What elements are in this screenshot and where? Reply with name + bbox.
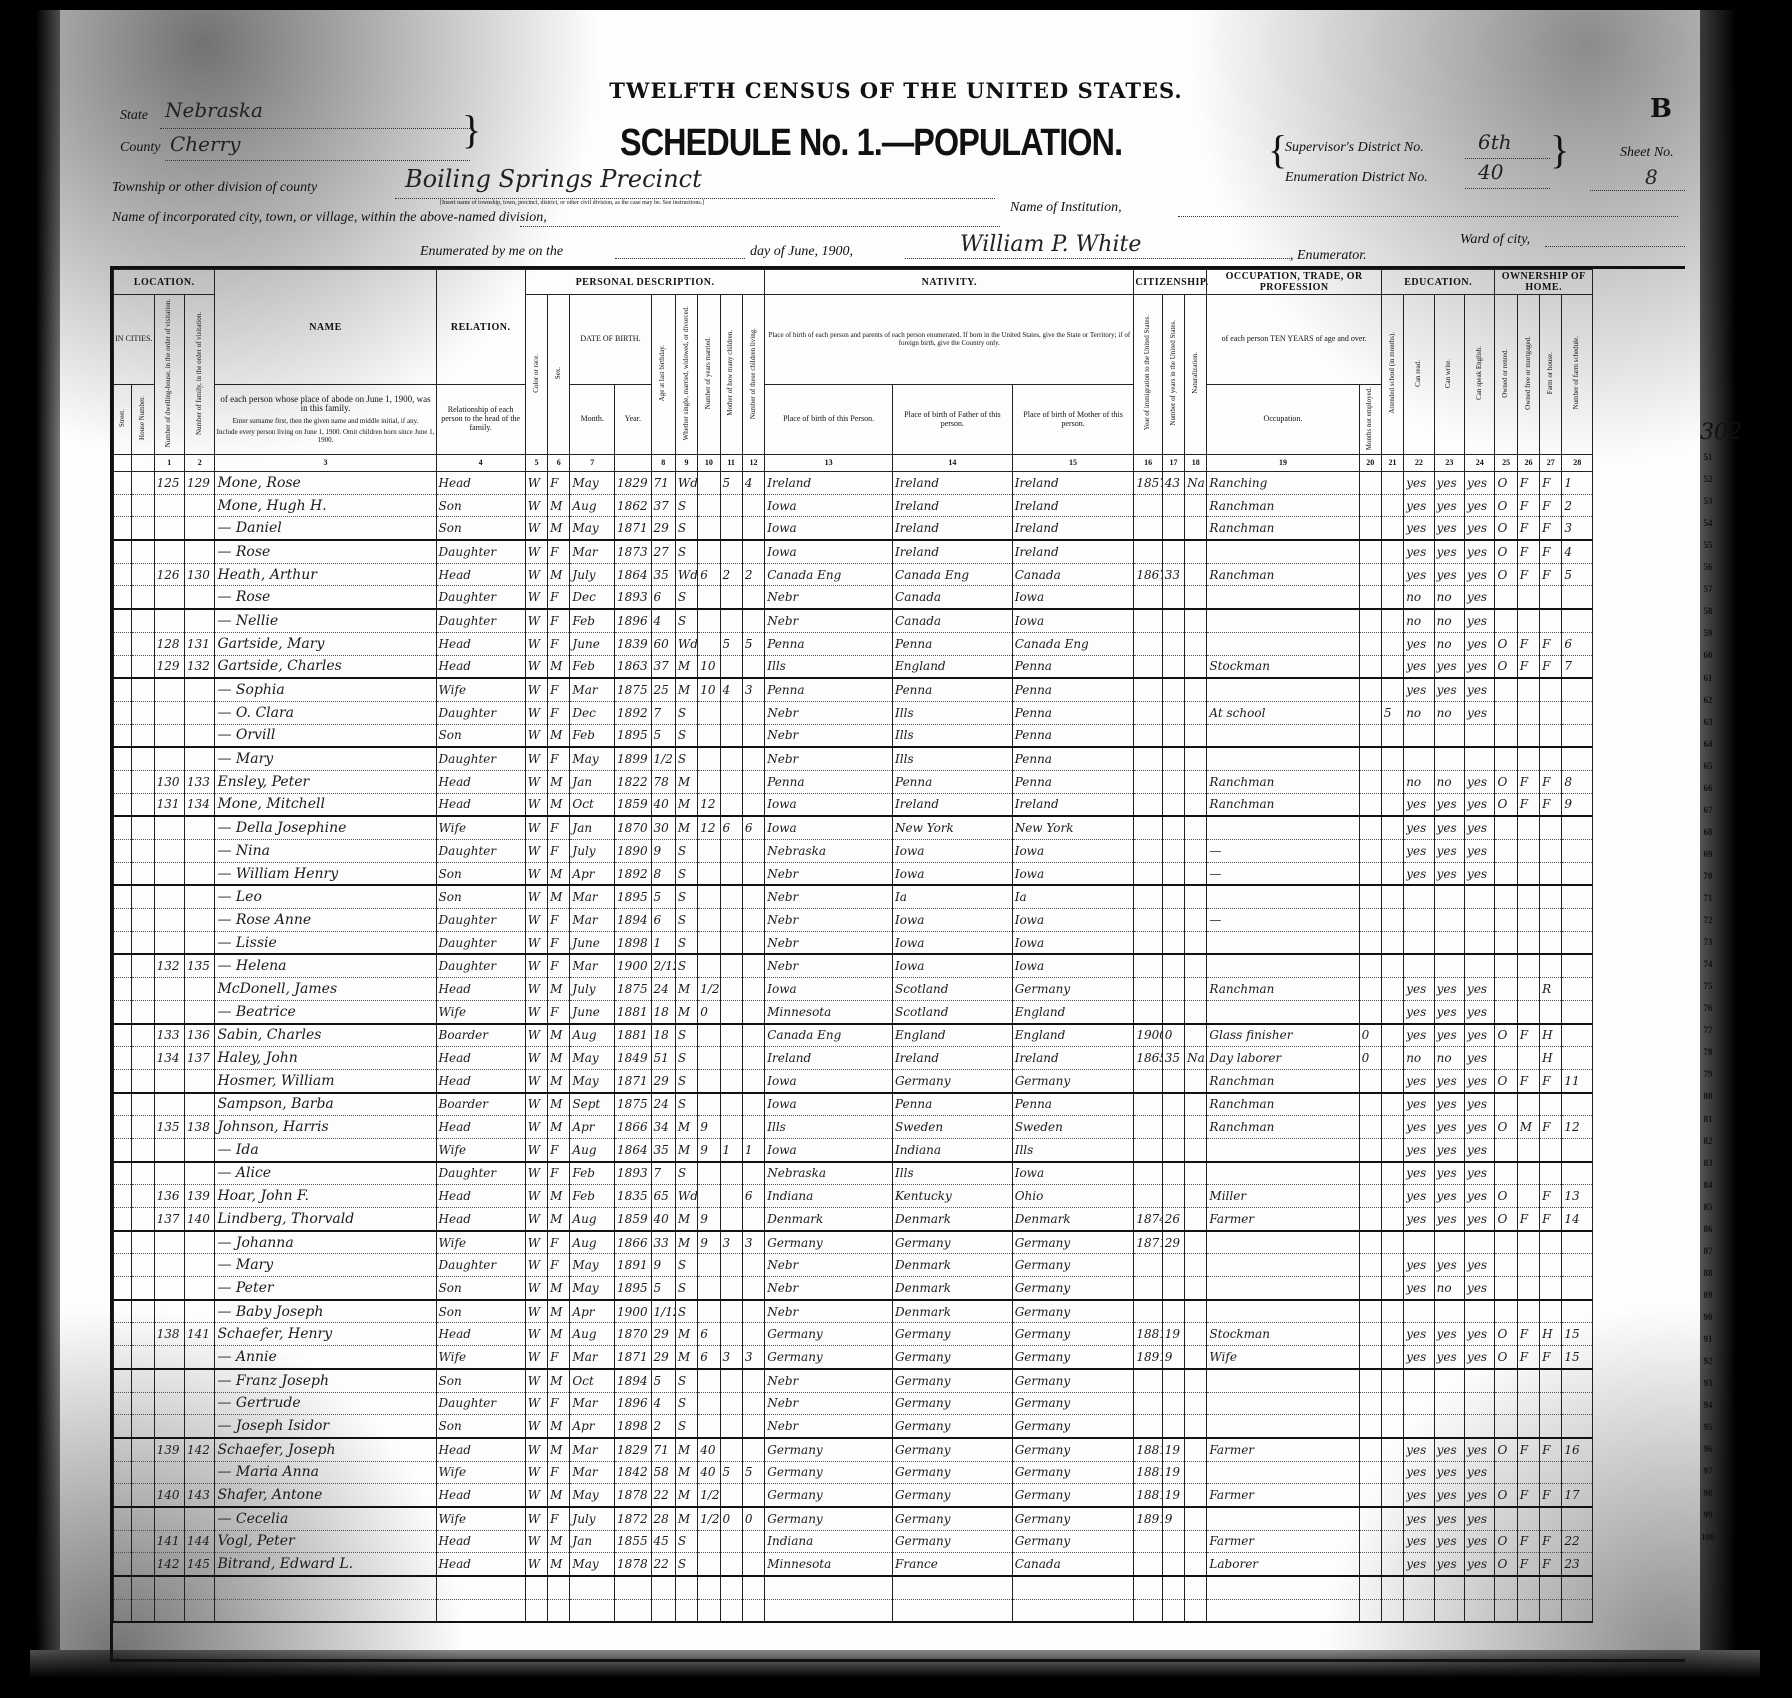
cell-can-write: yes <box>1434 978 1464 1001</box>
cell-farm-schedule <box>1562 1576 1593 1599</box>
cell-color: W <box>525 1093 547 1116</box>
cell-dwelling-number: 126 <box>154 563 184 586</box>
cell-sex: M <box>548 1069 570 1092</box>
cell-birthplace: Nebr <box>765 609 893 632</box>
cell-family-number: 140 <box>184 1208 214 1231</box>
cell-immigration-year <box>1134 540 1162 563</box>
cell-family-number <box>184 1392 214 1415</box>
cell-birth-year: 1896 <box>615 1392 652 1415</box>
cell-farm-schedule <box>1562 1162 1593 1185</box>
schedule-title: SCHEDULE No. 1.—POPULATION. <box>620 122 1122 165</box>
cell-father-birthplace: Indiana <box>893 1138 1013 1161</box>
cell-sex: M <box>548 724 570 747</box>
cell-years-in-us <box>1162 1369 1184 1392</box>
cell-birthplace: Nebr <box>765 862 893 885</box>
cell-owned-rented <box>1495 1576 1517 1599</box>
cell-mother-of <box>720 609 742 632</box>
cell-birthplace: Nebr <box>765 909 893 932</box>
cell-mother-of <box>720 586 742 609</box>
cell-can-read: yes <box>1404 632 1434 655</box>
cell-can-read: yes <box>1404 978 1434 1001</box>
cell-months-unemployed <box>1359 931 1381 954</box>
cell-mother-birthplace: Germany <box>1012 1254 1134 1277</box>
table-row: 142145Bitrand, Edward L.HeadWMMay187822S… <box>114 1553 1593 1576</box>
column-number: 5 <box>525 455 547 472</box>
cell-birth-year: 1864 <box>615 1138 652 1161</box>
cell-birth-year: 1871 <box>615 1069 652 1092</box>
cell-occupation <box>1207 1162 1359 1185</box>
cell-street <box>114 1553 132 1576</box>
cell-months-unemployed <box>1359 1553 1381 1576</box>
cell-mother-of: 3 <box>720 1346 742 1369</box>
cell-age: 30 <box>651 816 675 839</box>
cell-mother-birthplace: Iowa <box>1012 909 1134 932</box>
cell-speaks-english: yes <box>1465 1138 1495 1161</box>
cell-age: 4 <box>651 1392 675 1415</box>
supervisor-value: 6th <box>1478 130 1512 154</box>
cell-naturalization <box>1185 885 1207 908</box>
col-year: Year. <box>615 385 652 455</box>
cell-birth-year: 1894 <box>615 909 652 932</box>
column-number: 24 <box>1465 455 1495 472</box>
cell-dwelling-number <box>154 816 184 839</box>
cell-father-birthplace: Ireland <box>893 793 1013 816</box>
cell-birth-year: 1849 <box>615 1047 652 1070</box>
cell-person-name: — Gertrude <box>215 1392 436 1415</box>
cell-person-name: Schaefer, Joseph <box>215 1438 436 1461</box>
cell-years-in-us: 33 <box>1162 563 1184 586</box>
cell-speaks-english: yes <box>1465 563 1495 586</box>
cell-family-number <box>184 1231 214 1254</box>
cell-dwelling-number <box>154 1346 184 1369</box>
cell-children-living <box>742 517 764 540</box>
cell-years-in-us <box>1162 816 1184 839</box>
table-row: — CeceliaWifeWFJuly187228M1/200GermanyGe… <box>114 1507 1593 1530</box>
cell-birth-month: Aug <box>570 1024 615 1047</box>
col-in-cities: IN CITIES. <box>114 295 155 385</box>
cell-house-number <box>132 655 154 678</box>
cell-birth-month: Mar <box>570 540 615 563</box>
cell-owned-rented: O <box>1495 1323 1517 1346</box>
table-row: — LissieDaughterWFJune18981SNebrIowaIowa <box>114 931 1593 954</box>
cell-months-unemployed <box>1359 1208 1381 1231</box>
table-row: 135138Johnson, HarrisHeadWMApr186634M9Il… <box>114 1116 1593 1139</box>
cell-age: 28 <box>651 1507 675 1530</box>
column-number: 14 <box>893 455 1013 472</box>
cell-months-unemployed <box>1359 793 1381 816</box>
cell-person-name: — Leo <box>215 885 436 908</box>
cell-dwelling-number <box>154 1277 184 1300</box>
cell-years-married <box>698 1576 720 1599</box>
state-value: Nebraska <box>165 98 263 122</box>
cell-birth-month: July <box>570 978 615 1001</box>
cell-street <box>114 793 132 816</box>
cell-can-read <box>1404 1300 1434 1323</box>
cell-can-write: yes <box>1434 1024 1464 1047</box>
cell-naturalization <box>1185 1461 1207 1484</box>
cell-birth-month: May <box>570 1047 615 1070</box>
cell-owned-free <box>1517 1000 1539 1023</box>
cell-mother-birthplace: Ireland <box>1012 517 1134 540</box>
cell-naturalization <box>1185 862 1207 885</box>
col-occupation: Occupation. <box>1207 385 1359 455</box>
cell-birth-month: Sept <box>570 1093 615 1116</box>
cell-sex: F <box>548 747 570 770</box>
line-number: 96 <box>1696 1444 1720 1454</box>
line-number: 93 <box>1696 1378 1720 1388</box>
cell-farm-or-house <box>1540 678 1562 701</box>
line-number: 67 <box>1696 805 1720 815</box>
county-value: Cherry <box>170 132 240 156</box>
cell-mother-of: 6 <box>720 816 742 839</box>
cell-children-living <box>742 1438 764 1461</box>
cell-farm-or-house <box>1540 609 1562 632</box>
cell-age <box>651 1576 675 1599</box>
cell-marital-status: Wd <box>675 1185 697 1208</box>
cell-years-married <box>698 862 720 885</box>
cell-years-married: 9 <box>698 1231 720 1254</box>
cell-sex: M <box>548 862 570 885</box>
cell-naturalization <box>1185 724 1207 747</box>
cell-farm-schedule <box>1562 747 1593 770</box>
cell-farm-schedule: 2 <box>1562 494 1593 517</box>
cell-person-name: Gartside, Mary <box>215 632 436 655</box>
cell-marital-status: M <box>675 678 697 701</box>
cell-age: 7 <box>651 701 675 724</box>
cell-immigration-year <box>1134 1415 1162 1438</box>
cell-can-write <box>1434 1369 1464 1392</box>
cell-speaks-english: yes <box>1465 1484 1495 1507</box>
cell-school-months <box>1381 1093 1403 1116</box>
cell-school-months <box>1381 954 1403 977</box>
cell-mother-birthplace: Iowa <box>1012 931 1134 954</box>
cell-birthplace: Nebr <box>765 1254 893 1277</box>
cell-school-months <box>1381 1024 1403 1047</box>
cell-relation: Daughter <box>436 931 525 954</box>
cell-naturalization <box>1185 1116 1207 1139</box>
cell-family-number: 135 <box>184 954 214 977</box>
col-farm-schedule: Number of farm schedule. <box>1562 295 1593 455</box>
cell-house-number <box>132 609 154 632</box>
cell-father-birthplace: Denmark <box>893 1300 1013 1323</box>
cell-can-write: yes <box>1434 1530 1464 1553</box>
cell-age: 33 <box>651 1231 675 1254</box>
cell-school-months <box>1381 517 1403 540</box>
cell-can-write: yes <box>1434 1185 1464 1208</box>
cell-can-read: yes <box>1404 563 1434 586</box>
cell-house-number <box>132 1208 154 1231</box>
cell-children-living <box>742 655 764 678</box>
cell-marital-status: S <box>675 517 697 540</box>
col-months-unemployed: Months not employed. <box>1359 385 1381 455</box>
cell-years-in-us <box>1162 701 1184 724</box>
cell-person-name: — Peter <box>215 1277 436 1300</box>
col-dwelling: Number of dwelling-house, in the order o… <box>154 295 184 455</box>
cell-family-number <box>184 678 214 701</box>
cell-person-name: — Della Josephine <box>215 816 436 839</box>
cell-street <box>114 586 132 609</box>
cell-marital-status: S <box>675 840 697 863</box>
cell-can-read: yes <box>1404 1553 1434 1576</box>
column-number: 25 <box>1495 455 1517 472</box>
cell-naturalization <box>1185 1553 1207 1576</box>
table-row: Sampson, BarbaBoarderWMSept187524SIowaPe… <box>114 1093 1593 1116</box>
cell-immigration-year <box>1134 1277 1162 1300</box>
cell-house-number <box>132 563 154 586</box>
cell-mother-of <box>720 862 742 885</box>
cell-owned-free: F <box>1517 770 1539 793</box>
cell-can-write: yes <box>1434 517 1464 540</box>
cell-birth-year: 1842 <box>615 1461 652 1484</box>
cell-birth-month: Feb <box>570 1185 615 1208</box>
cell-relation <box>436 1599 525 1622</box>
cell-years-married: 1/2 <box>698 1484 720 1507</box>
cell-street <box>114 1000 132 1023</box>
cell-owned-rented: O <box>1495 494 1517 517</box>
cell-owned-rented <box>1495 1138 1517 1161</box>
table-row: — AliceDaughterWFFeb18937SNebraskaIllsIo… <box>114 1162 1593 1185</box>
col-can-speak-english: Can speak English. <box>1465 295 1495 455</box>
cell-speaks-english: yes <box>1465 1553 1495 1576</box>
cell-mother-birthplace: Germany <box>1012 1300 1134 1323</box>
cell-owned-rented <box>1495 1415 1517 1438</box>
cell-speaks-english: yes <box>1465 540 1495 563</box>
sheet-line <box>1590 190 1685 191</box>
cell-years-in-us: 19 <box>1162 1323 1184 1346</box>
cell-farm-or-house <box>1540 1415 1562 1438</box>
cell-relation: Daughter <box>436 1162 525 1185</box>
cell-age: 29 <box>651 517 675 540</box>
cell-occupation: Laborer <box>1207 1553 1359 1576</box>
col-naturalization: Naturalization. <box>1185 295 1207 455</box>
cell-immigration-year: 1871 <box>1134 1231 1162 1254</box>
cell-sex: M <box>548 1185 570 1208</box>
cell-color: W <box>525 540 547 563</box>
cell-marital-status: M <box>675 655 697 678</box>
cell-occupation <box>1207 747 1359 770</box>
cell-birth-year: 1893 <box>615 586 652 609</box>
cell-mother-birthplace: Iowa <box>1012 840 1134 863</box>
cell-color: W <box>525 909 547 932</box>
cell-years-in-us: 9 <box>1162 1507 1184 1530</box>
cell-years-married <box>698 931 720 954</box>
cell-house-number <box>132 678 154 701</box>
cell-sex <box>548 1576 570 1599</box>
cell-children-living: 5 <box>742 632 764 655</box>
table-row: — JohannaWifeWFAug186633M933GermanyGerma… <box>114 1231 1593 1254</box>
cell-relation: Daughter <box>436 840 525 863</box>
cell-years-in-us <box>1162 1254 1184 1277</box>
cell-children-living <box>742 1576 764 1599</box>
cell-farm-or-house: F <box>1540 1530 1562 1553</box>
cell-birth-year: 1822 <box>615 770 652 793</box>
cell-birth-month: Apr <box>570 1300 615 1323</box>
cell-dwelling-number <box>154 885 184 908</box>
cell-school-months <box>1381 770 1403 793</box>
cell-farm-schedule <box>1562 862 1593 885</box>
cell-naturalization <box>1185 1415 1207 1438</box>
cell-sex: F <box>548 1254 570 1277</box>
cell-father-birthplace: Iowa <box>893 862 1013 885</box>
cell-relation: Head <box>436 472 525 495</box>
cell-immigration-year: 1881 <box>1134 1484 1162 1507</box>
cell-occupation <box>1207 885 1359 908</box>
cell-birthplace: Nebr <box>765 1300 893 1323</box>
cell-speaks-english <box>1465 747 1495 770</box>
cell-age: 5 <box>651 1369 675 1392</box>
cell-relation: Daughter <box>436 1254 525 1277</box>
cell-school-months <box>1381 1346 1403 1369</box>
cell-can-read: yes <box>1404 1346 1434 1369</box>
cell-house-number <box>132 1254 154 1277</box>
cell-color: W <box>525 1346 547 1369</box>
table-row: — MaryDaughterWFMay18919SNebrDenmarkGerm… <box>114 1254 1593 1277</box>
cell-color: W <box>525 472 547 495</box>
col-group-ownership: OWNERSHIP OF HOME. <box>1495 270 1593 295</box>
cell-children-living <box>742 1530 764 1553</box>
cell-house-number <box>132 472 154 495</box>
cell-school-months <box>1381 1231 1403 1254</box>
cell-color: W <box>525 1323 547 1346</box>
cell-birth-year: 1894 <box>615 1369 652 1392</box>
cell-years-in-us <box>1162 1300 1184 1323</box>
cell-birth-year: 1859 <box>615 793 652 816</box>
cell-immigration-year <box>1134 1116 1162 1139</box>
cell-can-read: yes <box>1404 1323 1434 1346</box>
cell-relation: Head <box>436 1185 525 1208</box>
cell-marital-status: S <box>675 1162 697 1185</box>
cell-occupation: Ranchman <box>1207 978 1359 1001</box>
cell-years-in-us <box>1162 1069 1184 1092</box>
cell-school-months <box>1381 1576 1403 1599</box>
cell-birthplace: Denmark <box>765 1208 893 1231</box>
cell-age: 29 <box>651 1346 675 1369</box>
cell-can-read <box>1404 747 1434 770</box>
cell-mother-birthplace: Ia <box>1012 885 1134 908</box>
institution-line <box>1178 216 1678 217</box>
cell-birth-year: 1873 <box>615 540 652 563</box>
cell-months-unemployed <box>1359 1369 1381 1392</box>
cell-birth-year: 1878 <box>615 1553 652 1576</box>
cell-occupation: Stockman <box>1207 655 1359 678</box>
cell-family-number <box>184 1576 214 1599</box>
line-number: 57 <box>1696 584 1720 594</box>
cell-months-unemployed <box>1359 655 1381 678</box>
cell-years-in-us <box>1162 678 1184 701</box>
cell-naturalization <box>1185 1208 1207 1231</box>
cell-dwelling-number <box>154 586 184 609</box>
cell-can-write: yes <box>1434 1323 1464 1346</box>
cell-years-in-us: 9 <box>1162 1346 1184 1369</box>
cell-owned-rented: O <box>1495 655 1517 678</box>
table-row: — BeatriceWifeWFJune188118M0MinnesotaSco… <box>114 1000 1593 1023</box>
cell-birthplace: Germany <box>765 1438 893 1461</box>
cell-immigration-year <box>1134 747 1162 770</box>
cell-family-number <box>184 1138 214 1161</box>
cell-street <box>114 701 132 724</box>
cell-years-married: 12 <box>698 793 720 816</box>
cell-marital-status: Wd <box>675 472 697 495</box>
cell-can-read: no <box>1404 770 1434 793</box>
cell-school-months <box>1381 1369 1403 1392</box>
cell-mother-birthplace: England <box>1012 1024 1134 1047</box>
enumerator-line <box>905 258 1290 259</box>
cell-naturalization <box>1185 609 1207 632</box>
cell-house-number <box>132 1530 154 1553</box>
cell-can-read <box>1404 1231 1434 1254</box>
cell-birth-year: 1893 <box>615 1162 652 1185</box>
cell-birth-month: May <box>570 1553 615 1576</box>
cell-occupation: Ranchman <box>1207 563 1359 586</box>
col-group-personal: PERSONAL DESCRIPTION. <box>525 270 764 295</box>
cell-children-living: 6 <box>742 816 764 839</box>
cell-birth-year: 1875 <box>615 678 652 701</box>
cell-speaks-english: yes <box>1465 1438 1495 1461</box>
table-row: 131134Mone, MitchellHeadWMOct185940M12Io… <box>114 793 1593 816</box>
cell-farm-schedule <box>1562 1461 1593 1484</box>
cell-person-name: Heath, Arthur <box>215 563 436 586</box>
cell-birthplace: Germany <box>765 1507 893 1530</box>
cell-owned-rented <box>1495 862 1517 885</box>
column-number: 10 <box>698 455 720 472</box>
line-number: 80 <box>1696 1091 1720 1101</box>
cell-can-write: yes <box>1434 1116 1464 1139</box>
cell-dwelling-number <box>154 1300 184 1323</box>
cell-street <box>114 632 132 655</box>
cell-birth-year: 1829 <box>615 472 652 495</box>
column-number <box>132 455 154 472</box>
county-line <box>165 160 470 161</box>
cell-farm-or-house: F <box>1540 1438 1562 1461</box>
line-number: 70 <box>1696 871 1720 881</box>
cell-person-name: — Franz Joseph <box>215 1369 436 1392</box>
cell-mother-of <box>720 1599 742 1622</box>
cell-mother-birthplace: Germany <box>1012 1369 1134 1392</box>
table-row: — RoseDaughterWFDec18936SNebrCanadaIowan… <box>114 586 1593 609</box>
cell-months-unemployed <box>1359 517 1381 540</box>
cell-can-read: yes <box>1404 1093 1434 1116</box>
cell-family-number: 137 <box>184 1047 214 1070</box>
cell-mother-of <box>720 1208 742 1231</box>
cell-years-in-us <box>1162 909 1184 932</box>
cell-marital-status: S <box>675 1254 697 1277</box>
cell-school-months <box>1381 1438 1403 1461</box>
cell-color: W <box>525 770 547 793</box>
cell-mother-birthplace: Germany <box>1012 1461 1134 1484</box>
cell-owned-free: M <box>1517 1116 1539 1139</box>
cell-months-unemployed <box>1359 494 1381 517</box>
cell-birthplace: Germany <box>765 1461 893 1484</box>
cell-street <box>114 1415 132 1438</box>
cell-years-married: 40 <box>698 1461 720 1484</box>
cell-months-unemployed <box>1359 609 1381 632</box>
cell-speaks-english <box>1465 1576 1495 1599</box>
cell-immigration-year <box>1134 1599 1162 1622</box>
line-number: 74 <box>1696 959 1720 969</box>
cell-color: W <box>525 1047 547 1070</box>
cell-naturalization <box>1185 1576 1207 1599</box>
cell-can-write: yes <box>1434 494 1464 517</box>
cell-relation: Daughter <box>436 609 525 632</box>
col-house-number: House Number. <box>132 385 154 455</box>
cell-age: 18 <box>651 1000 675 1023</box>
cell-mother-of: 5 <box>720 632 742 655</box>
cell-father-birthplace: Kentucky <box>893 1185 1013 1208</box>
cell-birth-month: May <box>570 1069 615 1092</box>
cell-family-number <box>184 747 214 770</box>
cell-mother-of <box>720 1300 742 1323</box>
cell-occupation: — <box>1207 862 1359 885</box>
